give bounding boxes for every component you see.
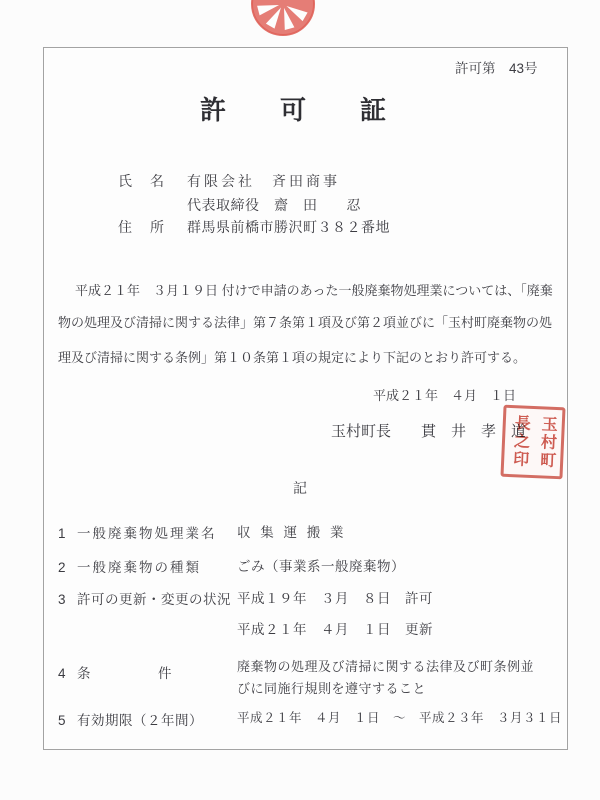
- address-value: 群馬県前橋市勝沢町３８２番地: [187, 219, 390, 237]
- issue-date: 平成２１年 ４月 １日: [373, 388, 516, 404]
- item-4-value-line-2: びに同施行規則を遵守すること: [237, 681, 426, 697]
- item-4-value-line-1: 廃棄物の処理及び清掃に関する法律及び町条例並: [237, 659, 534, 675]
- body-line-1: 平成２１年 ３月１９日 付けで申請のあった一般廃棄物処理業については、「廃棄: [75, 283, 553, 299]
- item-1-number: 1: [58, 526, 66, 543]
- item-5-label: 有効期限（２年間）: [77, 713, 203, 730]
- name-label: 氏 名: [118, 173, 166, 191]
- item-3-number: 3: [58, 592, 66, 609]
- record-heading: 記: [293, 480, 307, 498]
- address-label: 住 所: [118, 219, 166, 237]
- item-1-label: 一般廃棄物処理業名: [77, 526, 217, 543]
- circular-stamp-icon: [246, 0, 320, 44]
- item-5-value: 平成２１年 ４月 １日 ～ 平成２３年 ３月３１日: [237, 711, 562, 727]
- permit-number: 許可第 43号: [455, 61, 538, 78]
- issuer-line: 玉村町長 貫 井 孝 道: [331, 423, 526, 442]
- body-line-2: 物の処理及び清掃に関する法律」第７条第１項及び第２項並びに「玉村町廃棄物の処: [58, 315, 552, 331]
- mayor-seal-right-column: 玉村町: [537, 415, 555, 470]
- body-line-3: 理及び清掃に関する条例」第１０条第１項の規定により下記のとおり許可する。: [58, 350, 526, 366]
- scanned-permit-document: 許可第 43号 許 可 証 氏 名 有限会社 斉田商事 代表取締役 齋 田 忍 …: [0, 0, 600, 800]
- mayor-seal: 玉村町 長之印: [500, 405, 565, 480]
- item-3-value-line-2: 平成２１年 ４月 １日 更新: [237, 622, 433, 639]
- item-3-label: 許可の更新・変更の状況: [77, 592, 231, 609]
- item-2-label: 一般廃棄物の種類: [77, 560, 201, 577]
- item-4-number: 4: [58, 666, 66, 683]
- mayor-seal-left-column: 長之印: [510, 414, 528, 469]
- item-2-number: 2: [58, 560, 66, 577]
- representative-line: 代表取締役 齋 田 忍: [187, 197, 361, 215]
- item-3-value-line-1: 平成１９年 ３月 ８日 許可: [237, 591, 433, 608]
- name-value: 有限会社 斉田商事: [187, 173, 340, 191]
- item-5-number: 5: [58, 713, 66, 730]
- item-1-value: 収 集 運 搬 業: [237, 525, 347, 542]
- item-2-value: ごみ（事業系一般廃棄物）: [237, 559, 405, 576]
- item-4-label: 条 件: [77, 666, 172, 683]
- document-title: 許 可 証: [0, 90, 600, 127]
